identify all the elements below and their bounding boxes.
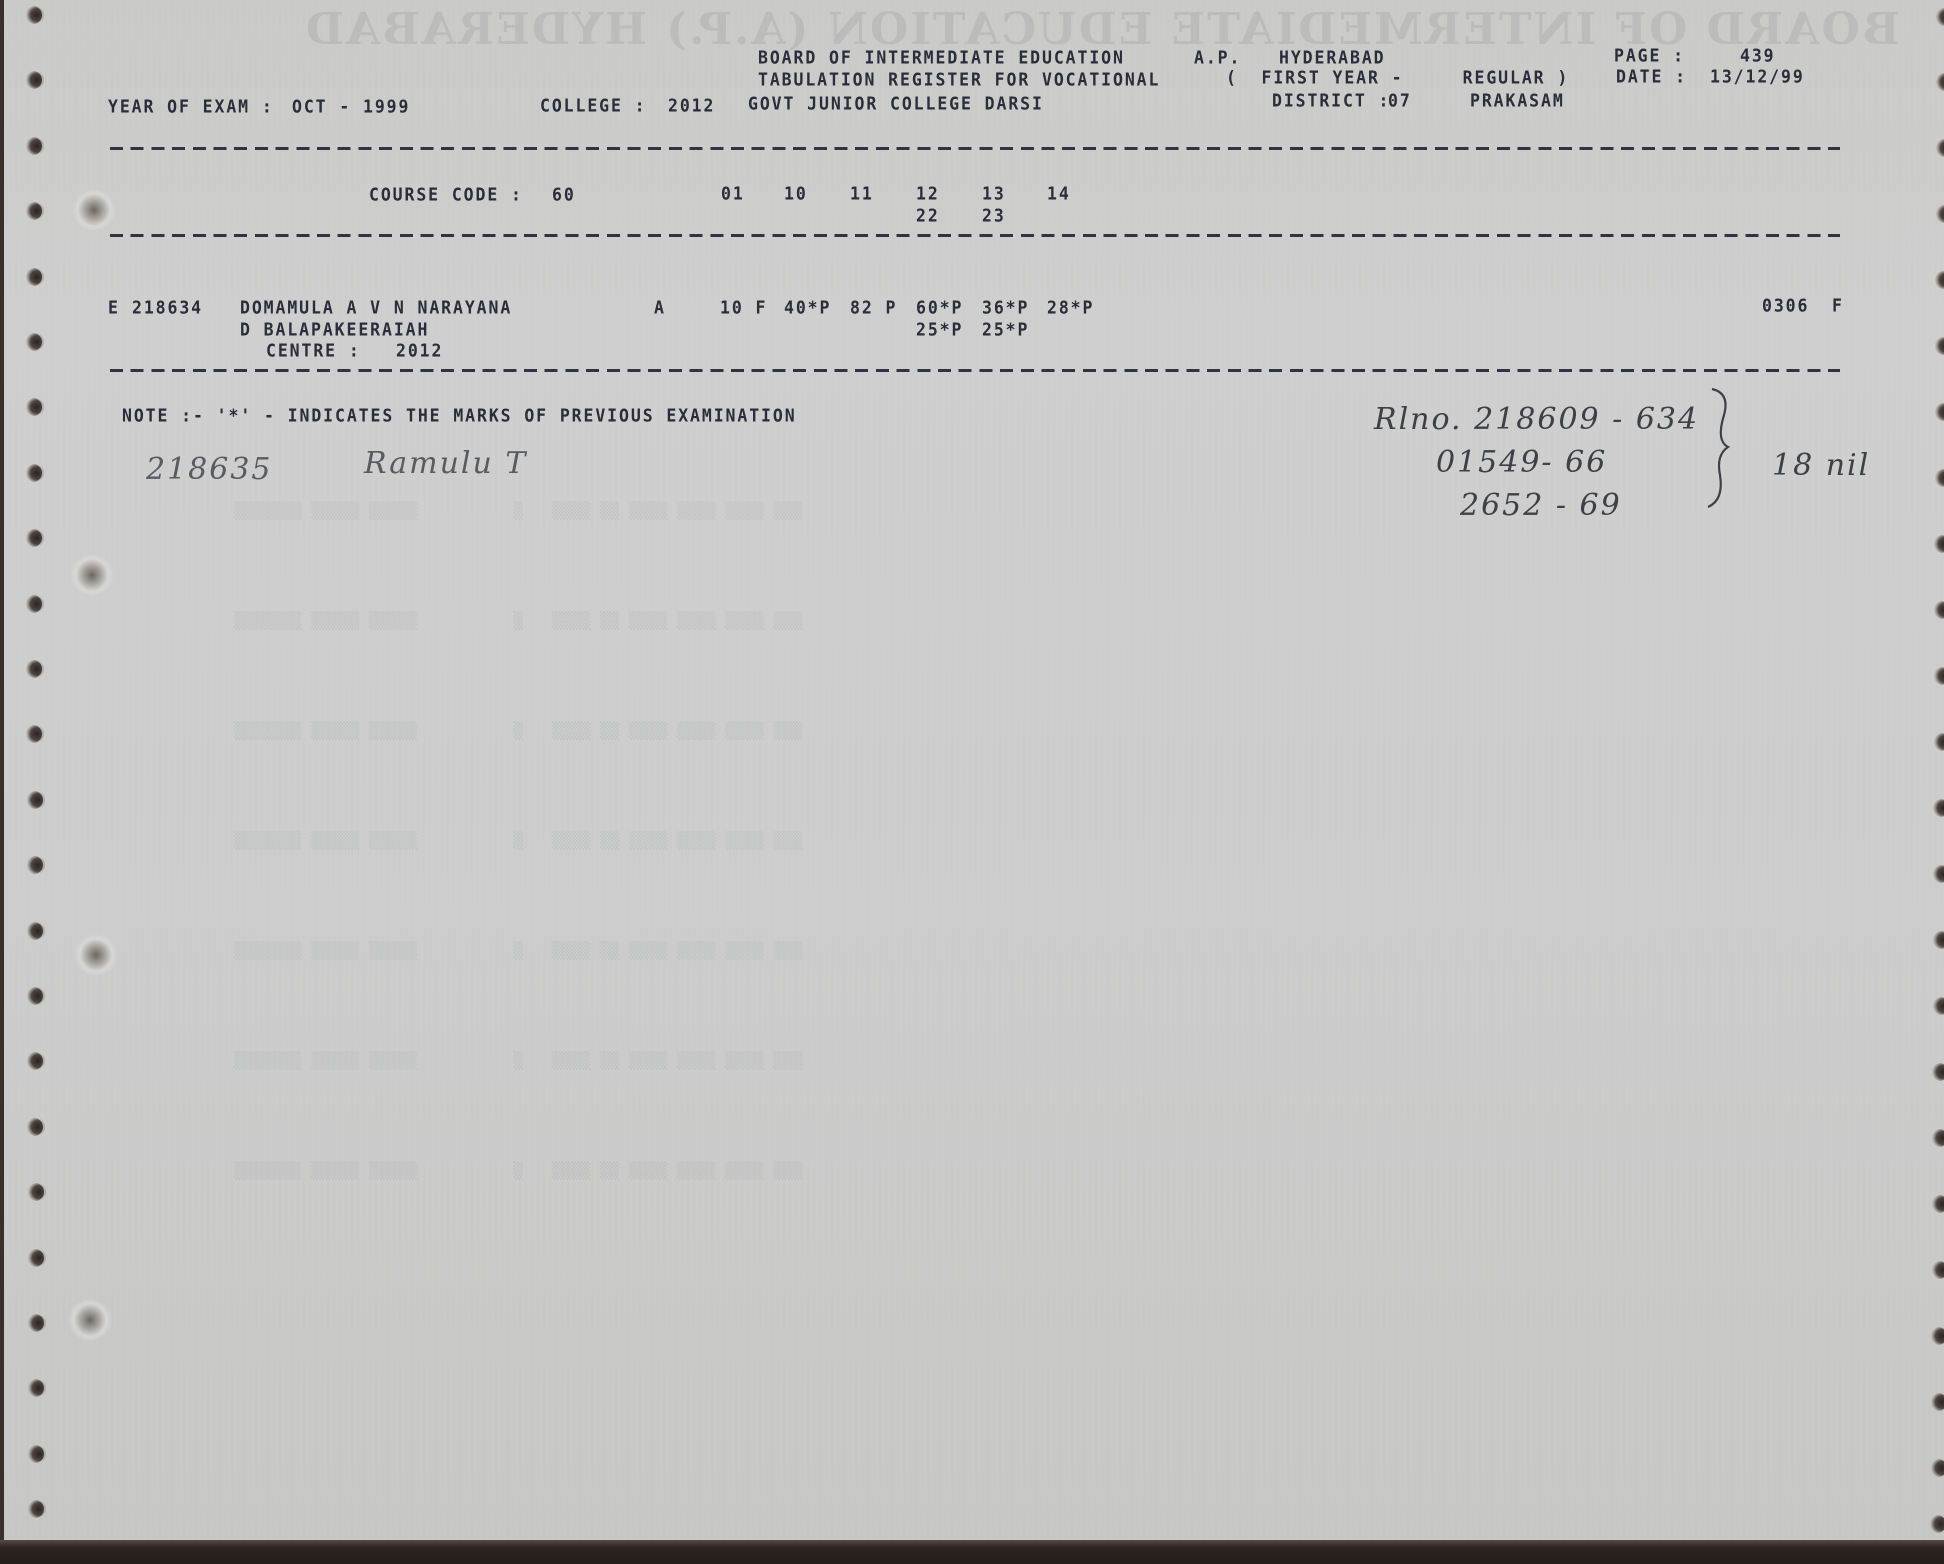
board-name: BOARD OF INTERMEDIATE EDUCATION — [758, 47, 1125, 68]
separator-line — [110, 147, 1840, 150]
subject-mark: 10 F — [720, 297, 767, 318]
student-name: DOMAMULA A V N NARAYANA — [240, 297, 512, 318]
subject-mark: 25*P — [916, 319, 963, 340]
handwritten-total: 18 nil — [1772, 448, 1870, 483]
paper-dent-mark — [70, 555, 114, 595]
year-of-exam-label: YEAR OF EXAM : — [108, 96, 274, 117]
sprocket-hole-icon — [1931, 1327, 1944, 1345]
sprocket-hole-icon — [27, 856, 45, 874]
bleed-through-text: ▒▒▒▒▒▒▒ ▒▒▒▒▒ ▒▒▒▒▒ ▒ ▒▒▒▒ ▒▒ ▒▒▒▒ ▒▒▒▒ … — [234, 500, 1234, 560]
bleed-through-text: ▒▒▒▒▒▒▒ ▒▒▒▒▒ ▒▒▒▒▒ ▒ ▒▒▒▒ ▒▒ ▒▒▒▒ ▒▒▒▒ … — [234, 610, 1234, 670]
father-name: D BALAPAKEERAIAH — [240, 319, 429, 340]
sprocket-hole-icon — [28, 1500, 46, 1518]
subject-mark: 28*P — [1047, 297, 1094, 318]
paper-dent-mark — [72, 190, 116, 230]
sprocket-hole-icon — [26, 398, 44, 416]
paper-dent-mark — [74, 935, 118, 975]
sprocket-hole-icon — [1936, 73, 1944, 91]
handwritten-range: Rlno. 218609 - 634 — [1374, 402, 1699, 437]
bleed-through-text: ▒▒▒▒▒▒▒ ▒▒▒▒▒ ▒▒▒▒▒ ▒ ▒▒▒▒ ▒▒ ▒▒▒▒ ▒▒▒▒ … — [234, 940, 1234, 1000]
sprocket-hole-icon — [26, 71, 44, 89]
bleed-through-text: ▒▒▒▒▒▒▒ ▒▒▒▒▒ ▒▒▒▒▒ ▒ ▒▒▒▒ ▒▒ ▒▒▒▒ ▒▒▒▒ … — [234, 830, 1234, 890]
centre-code: 2012 — [396, 340, 443, 361]
sprocket-hole-icon — [1931, 1393, 1944, 1411]
sprocket-hole-icon — [1934, 733, 1944, 751]
college-label: COLLEGE : — [540, 95, 647, 116]
printout-page: BOARD OF INTERMEDIATE EDUCATION (A.P.) H… — [4, 0, 1944, 1540]
sprocket-hole-icon — [1930, 1515, 1944, 1533]
page-number: 439 — [1740, 45, 1776, 66]
sprocket-hole-icon — [26, 595, 44, 613]
sprocket-hole-icon — [1935, 469, 1944, 487]
sprocket-hole-icon — [28, 1249, 46, 1267]
course-code-label: COURSE CODE : — [369, 184, 523, 205]
sprocket-hole-icon — [26, 268, 44, 286]
subject-code: 14 — [1047, 183, 1071, 204]
college-name: GOVT JUNIOR COLLEGE DARSI — [748, 93, 1044, 114]
bleed-through-text: ▒▒▒▒▒▒▒ ▒▒▒▒▒ ▒▒▒▒▒ ▒ ▒▒▒▒ ▒▒ ▒▒▒▒ ▒▒▒▒ … — [234, 1160, 1234, 1220]
subject-code: 10 — [784, 183, 808, 204]
handwritten-range: 2652 - 69 — [1460, 488, 1622, 523]
curly-brace-icon — [1704, 385, 1744, 515]
sprocket-hole-icon — [1933, 931, 1944, 949]
sprocket-hole-icon — [1935, 403, 1944, 421]
sprocket-hole-icon — [26, 137, 44, 155]
district-label: DISTRICT : — [1272, 90, 1390, 111]
desk-background — [0, 1540, 1944, 1564]
course-code: 60 — [552, 184, 576, 205]
subject-mark: 36*P — [982, 297, 1029, 318]
subject-mark: 60*P — [916, 297, 963, 318]
handwritten-range: 01549- 66 — [1436, 445, 1607, 480]
medium-code: A — [654, 297, 666, 318]
subject-code: 22 — [916, 205, 940, 226]
subject-code: 13 — [982, 183, 1006, 204]
handwritten-name: Ramulu T — [364, 446, 527, 481]
sprocket-hole-icon — [1932, 1195, 1944, 1213]
subject-code: 23 — [982, 205, 1006, 226]
sprocket-hole-icon — [1936, 8, 1944, 26]
sprocket-hole-icon — [28, 1445, 46, 1463]
subject-mark: 82 P — [850, 297, 897, 318]
subject-code: 12 — [916, 183, 940, 204]
subject-mark: 40*P — [784, 297, 831, 318]
separator-line — [110, 369, 1840, 372]
footnote: NOTE :- '*' - INDICATES THE MARKS OF PRE… — [122, 405, 797, 426]
report-date: 13/12/99 — [1710, 66, 1805, 87]
sprocket-hole-icon — [1936, 139, 1944, 157]
year-of-exam: OCT - 1999 — [292, 96, 410, 117]
sprocket-hole-icon — [1933, 799, 1944, 817]
sprocket-hole-icon — [1936, 205, 1944, 223]
sprocket-hole-icon — [1934, 601, 1944, 619]
sprocket-hole-icon — [1935, 271, 1944, 289]
sprocket-hole-icon — [27, 1118, 45, 1136]
sprocket-hole-icon — [26, 725, 44, 743]
sprocket-hole-icon — [1934, 535, 1944, 553]
handwritten-roll-number: 218635 — [146, 452, 273, 487]
sprocket-hole-icon — [1934, 667, 1944, 685]
total-marks: 0306 — [1762, 295, 1809, 316]
sprocket-hole-icon — [1933, 997, 1944, 1015]
register-title: TABULATION REGISTER FOR VOCATIONAL — [758, 69, 1160, 90]
sprocket-hole-icon — [28, 1314, 46, 1332]
district-name: PRAKASAM — [1470, 90, 1565, 111]
board-state: A.P. — [1194, 47, 1241, 68]
sprocket-hole-icon — [27, 791, 45, 809]
sprocket-hole-icon — [27, 987, 45, 1005]
sprocket-hole-icon — [27, 1052, 45, 1070]
sprocket-hole-icon — [26, 202, 44, 220]
subject-code: 01 — [721, 183, 745, 204]
sprocket-hole-icon — [26, 464, 44, 482]
sprocket-hole-icon — [1932, 1063, 1944, 1081]
centre-label: CENTRE : — [266, 340, 361, 361]
sprocket-hole-icon — [26, 6, 44, 24]
paper-dent-mark — [68, 1300, 112, 1340]
bleed-through-text: ▒▒▒▒▒▒▒ ▒▒▒▒▒ ▒▒▒▒▒ ▒ ▒▒▒▒ ▒▒ ▒▒▒▒ ▒▒▒▒ … — [234, 720, 1234, 780]
result-status: F — [1832, 295, 1844, 316]
sprocket-hole-icon — [1933, 865, 1944, 883]
sprocket-hole-icon — [28, 1379, 46, 1397]
exam-type: ( FIRST YEAR - REGULAR ) — [1226, 67, 1569, 88]
sprocket-hole-icon — [1931, 1459, 1944, 1477]
bleed-through-text: ▒▒▒▒▒▒▒ ▒▒▒▒▒ ▒▒▒▒▒ ▒ ▒▒▒▒ ▒▒ ▒▒▒▒ ▒▒▒▒ … — [234, 1050, 1234, 1110]
subject-mark: 25*P — [982, 319, 1029, 340]
sprocket-hole-icon — [1932, 1261, 1944, 1279]
record-category: E — [108, 297, 120, 318]
sprocket-hole-icon — [26, 529, 44, 547]
date-label: DATE : — [1616, 66, 1687, 87]
page-label: PAGE : — [1614, 45, 1685, 66]
sprocket-hole-icon — [26, 660, 44, 678]
separator-line — [110, 234, 1840, 237]
subject-code: 11 — [850, 183, 874, 204]
college-code: 2012 — [668, 95, 715, 116]
sprocket-hole-icon — [28, 1183, 46, 1201]
sprocket-hole-icon — [1935, 337, 1944, 355]
sprocket-hole-icon — [26, 333, 44, 351]
roll-number: 218634 — [132, 297, 203, 318]
sprocket-hole-icon — [27, 922, 45, 940]
district-code: 07 — [1388, 90, 1412, 111]
board-city: HYDERABAD — [1279, 47, 1386, 68]
sprocket-hole-icon — [1932, 1129, 1944, 1147]
